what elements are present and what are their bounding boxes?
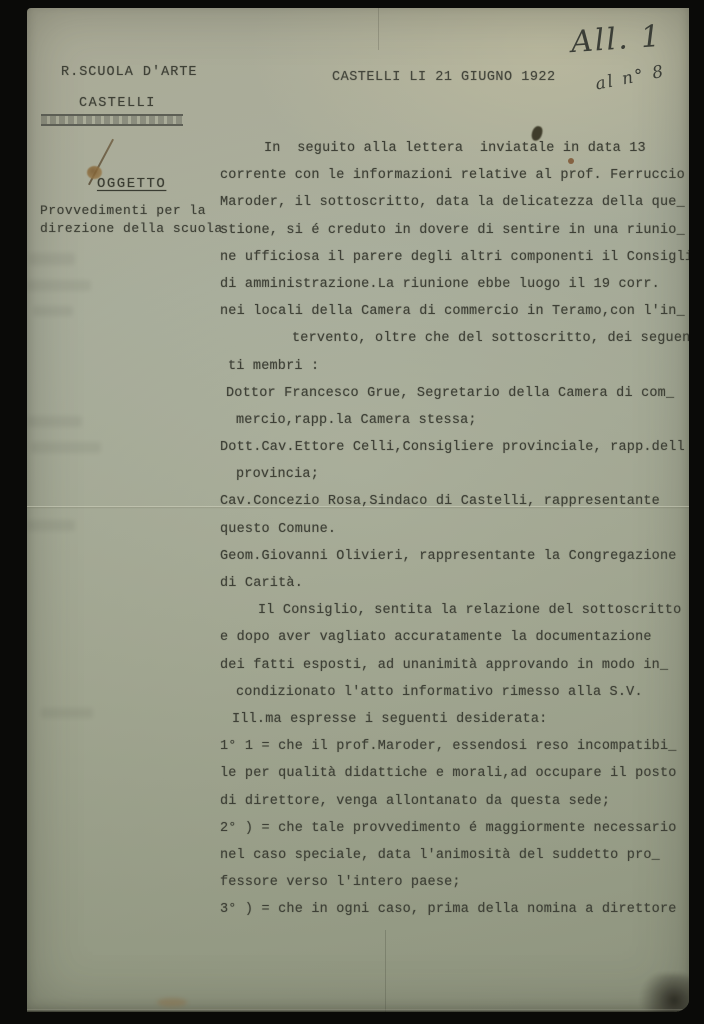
bleed-through-text [29, 253, 75, 265]
paper-bottom-edge [27, 1009, 689, 1012]
body-line: ne ufficiosa il parere degli altri compo… [220, 244, 689, 271]
body-line: Dott.Cav.Ettore Celli,Consigliere provin… [220, 434, 689, 461]
bleed-through-text [27, 416, 82, 427]
body-line: 1° 1 = che il prof.Maroder, essendosi re… [220, 733, 689, 760]
handwritten-number-mark: al n° 8 [594, 61, 667, 94]
body-line: provincia; [220, 461, 689, 488]
body-line: stione, si é creduto in dovere di sentir… [220, 217, 689, 244]
body-line: Maroder, il sottoscritto, data la delica… [220, 189, 689, 216]
body-line: 3° ) = che in ogni caso, prima della nom… [220, 896, 689, 923]
bleed-through-text [33, 306, 73, 316]
letter-body: In seguito alla lettera inviatale in dat… [220, 135, 689, 923]
body-line: questo Comune. [220, 516, 689, 543]
rust-stain [87, 166, 102, 179]
horizontal-fold-crease [27, 506, 689, 507]
body-line: di amministrazione.La riunione ebbe luog… [220, 271, 689, 298]
body-line: e dopo aver vagliato accuratamente la do… [220, 624, 689, 651]
vertical-crease-bottom [385, 930, 386, 1012]
scanned-letter-page: { "annotations": { "attachment_mark": "A… [0, 0, 704, 1024]
body-line: di direttore, venga allontanato da quest… [220, 788, 689, 815]
corner-stain [637, 974, 689, 1012]
body-line: Il Consiglio, sentita la relazione del s… [220, 597, 689, 624]
body-line: nei locali della Camera di commercio in … [220, 298, 689, 325]
body-line: tervento, oltre che del sottoscritto, de… [220, 325, 689, 352]
letterhead-location: CASTELLI [79, 96, 156, 111]
body-line: 2° ) = che tale provvedimento é maggiorm… [220, 815, 689, 842]
letterhead-school-name: R.SCUOLA D'ARTE [61, 65, 198, 80]
body-line: corrente con le informazioni relative al… [220, 162, 689, 189]
body-line: Dottor Francesco Grue, Segretario della … [220, 380, 689, 407]
vertical-crease-top [378, 8, 379, 50]
body-line: mercio,rapp.la Camera stessa; [220, 407, 689, 434]
bleed-through-text [27, 280, 91, 291]
bleed-through-text [41, 708, 93, 718]
bleed-through-text [31, 442, 101, 453]
letter-paper: R.SCUOLA D'ARTE CASTELLI CASTELLI LI 21 … [27, 8, 689, 1012]
body-line: dei fatti esposti, ad unanimità approvan… [220, 652, 689, 679]
handwritten-attachment-mark: All. 1 [570, 19, 663, 60]
body-line: ti membri : [220, 353, 689, 380]
body-line: Ill.ma espresse i seguenti desiderata: [220, 706, 689, 733]
body-line: In seguito alla lettera inviatale in dat… [220, 135, 689, 162]
subject-line-1: Provvedimenti per la [40, 203, 206, 218]
body-line: Cav.Concezio Rosa,Sindaco di Castelli, r… [220, 488, 689, 515]
small-stain [568, 158, 574, 164]
subject-label: OGGETTO [97, 176, 166, 192]
body-line: condizionato l'atto informativo rimesso … [220, 679, 689, 706]
body-line: le per qualità didattiche e morali,ad oc… [220, 760, 689, 787]
body-line: nel caso speciale, data l'animosità del … [220, 842, 689, 869]
bleed-through-text [27, 520, 75, 531]
body-line: fessore verso l'intero paese; [220, 869, 689, 896]
letterhead-rule [41, 114, 183, 126]
body-line: Geom.Giovanni Olivieri, rappresentante l… [220, 543, 689, 570]
dateline: CASTELLI LI 21 GIUGNO 1922 [332, 70, 556, 85]
subject-line-2: direzione della scuola [40, 221, 223, 236]
body-line: di Carità. [220, 570, 689, 597]
bottom-smear [157, 998, 187, 1007]
